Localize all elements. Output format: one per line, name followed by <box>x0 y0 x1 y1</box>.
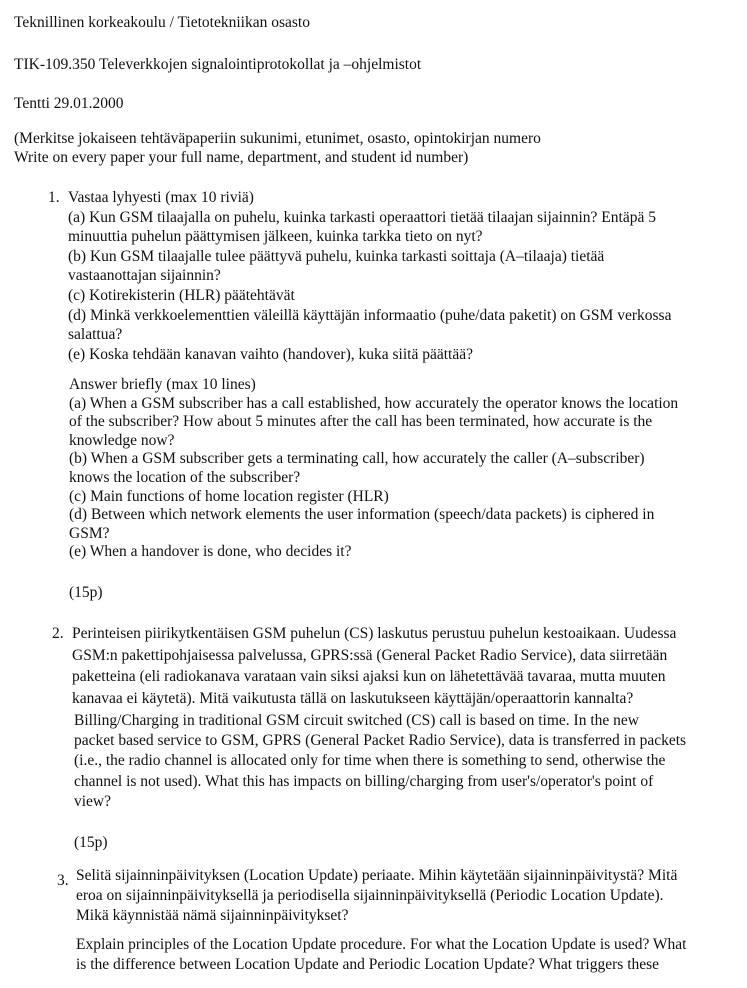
question-line: Billing/Charging in traditional GSM circ… <box>74 712 639 730</box>
question-line: channel is not used). What this has impa… <box>74 773 653 791</box>
question-line: (e) When a handover is done, who decides… <box>69 543 352 561</box>
question-line: minuuttia puhelun päättymisen jälkeen, k… <box>68 228 483 246</box>
question-line: (b) When a GSM subscriber gets a termina… <box>69 450 645 468</box>
question-line: Perinteisen piirikytkentäisen GSM puhelu… <box>72 625 676 643</box>
question-line: Selitä sijainninpäivityksen (Location Up… <box>76 867 677 885</box>
question-line: knows the location of the subscriber? <box>69 469 300 487</box>
question-line: Vastaa lyhyesti (max 10 riviä) <box>68 189 254 207</box>
question-line: Explain principles of the Location Updat… <box>76 936 686 954</box>
question-line: GSM? <box>69 525 109 543</box>
exam-date: Tentti 29.01.2000 <box>14 95 124 113</box>
question-1-points: (15p) <box>69 584 103 602</box>
question-line: (b) Kun GSM tilaajalle tulee päättyvä pu… <box>68 248 604 266</box>
instructions-fi: (Merkitse jokaiseen tehtäväpaperiin suku… <box>14 130 541 148</box>
question-line: knowledge now? <box>69 432 174 450</box>
question-line: paketteina (eli radiokanava varataan vai… <box>72 668 666 686</box>
question-line: salattua? <box>68 326 122 344</box>
question-line: (e) Koska tehdään kanavan vaihto (handov… <box>68 346 473 364</box>
question-line: (a) Kun GSM tilaajalla on puhelu, kuinka… <box>68 209 656 227</box>
question-line: (c) Kotirekisterin (HLR) päätehtävät <box>68 287 295 305</box>
question-2-points: (15p) <box>74 834 108 852</box>
question-line: eroa on sijainninpäivityksellä ja period… <box>76 887 664 905</box>
question-line: view? <box>74 793 111 811</box>
question-line: (c) Main functions of home location regi… <box>69 488 389 506</box>
institution-line: Teknillinen korkeakoulu / Tietotekniikan… <box>14 14 310 32</box>
question-line: (i.e., the radio channel is allocated on… <box>74 752 665 770</box>
question-line: (d) Between which network elements the u… <box>69 506 654 524</box>
question-line: vastaanottajan sijainnin? <box>68 267 221 285</box>
instructions-en: Write on every paper your full name, dep… <box>14 149 468 167</box>
question-1-number: 1. <box>48 189 60 207</box>
question-line: (d) Minkä verkkoelementtien väleillä käy… <box>68 307 671 325</box>
question-3-number: 3. <box>57 872 69 890</box>
question-line: packet based service to GSM, GPRS (Gener… <box>74 732 686 750</box>
question-2-number: 2. <box>52 625 64 643</box>
question-line: Mikä käynnistää nämä sijainninpäivitykse… <box>76 907 348 925</box>
question-line: is the difference between Location Updat… <box>76 956 659 974</box>
question-line: Answer briefly (max 10 lines) <box>69 376 256 394</box>
question-line: of the subscriber? How about 5 minutes a… <box>69 413 652 431</box>
question-line: (a) When a GSM subscriber has a call est… <box>69 395 678 413</box>
question-line: kanavaa ei käytetä). Mitä vaikutusta täl… <box>72 690 633 708</box>
question-line: GSM:n pakettipohjaisessa palvelussa, GPR… <box>72 647 667 665</box>
course-title: TIK-109.350 Televerkkojen signalointipro… <box>14 56 421 74</box>
